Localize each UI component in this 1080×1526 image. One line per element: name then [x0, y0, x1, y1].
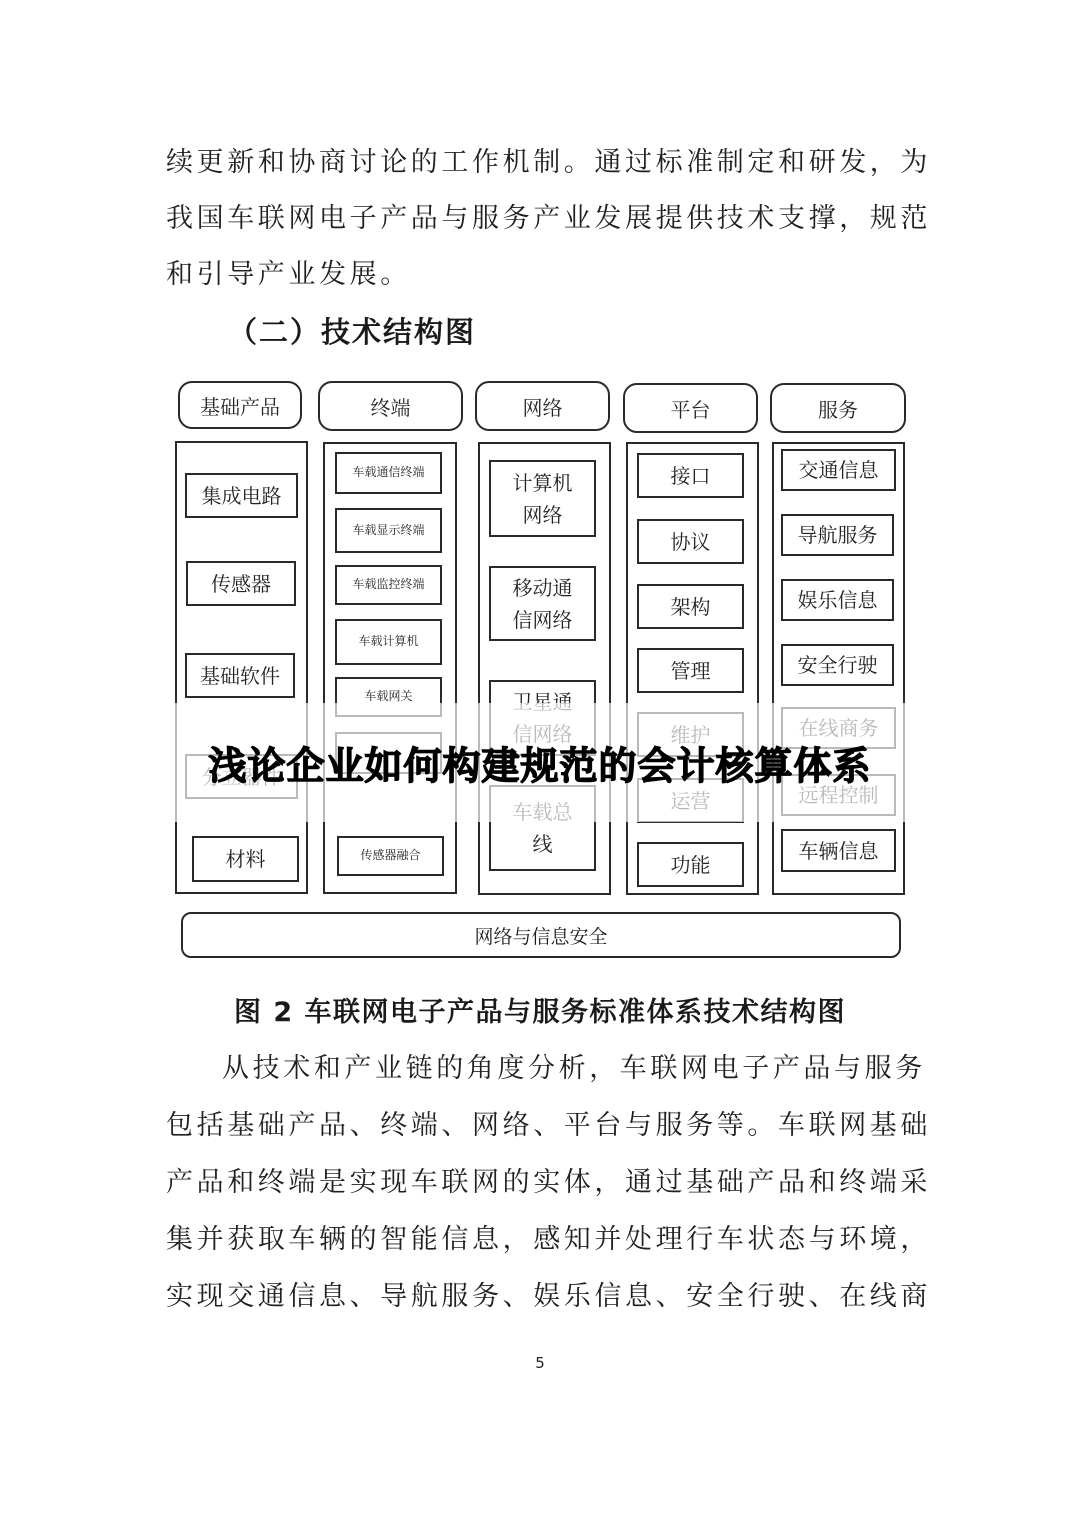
diagram-item: 协议 [637, 519, 744, 564]
diagram-item: 车载通信终端 [335, 452, 442, 494]
column-header-basic-products: 基础产品 [178, 381, 302, 429]
overlay-title: 浅论企业如何构建规范的会计核算体系 [208, 735, 871, 790]
title-overlay-band: 浅论企业如何构建规范的会计核算体系 [0, 703, 1080, 822]
page-number: 5 [0, 1354, 1080, 1372]
column-header-terminal: 终端 [318, 381, 463, 431]
diagram-item: 车载监控终端 [335, 565, 442, 605]
diagram-item: 传感器 [186, 561, 296, 606]
body-paragraph-line: 包括基础产品、终端、网络、平台与服务等。车联网基础 [166, 1103, 931, 1142]
body-paragraph-line: 实现交通信息、导航服务、娱乐信息、安全行驶、在线商 [166, 1274, 931, 1313]
diagram-item: 接口 [637, 453, 744, 498]
technical-structure-diagram: 基础产品 终端 网络 平台 服务 集成电路 传感器 基础软件 分立器件 材料 车… [0, 0, 1080, 980]
diagram-item: 车辆信息 [781, 829, 896, 872]
diagram-item: 计算机 网络 [489, 460, 596, 537]
diagram-item: 交通信息 [781, 449, 896, 491]
body-paragraph-line: 从技术和产业链的角度分析，车联网电子产品与服务 [222, 1046, 926, 1085]
column-header-service: 服务 [770, 383, 906, 433]
diagram-item: 架构 [637, 584, 744, 629]
column-header-network: 网络 [475, 381, 610, 431]
diagram-item: 基础软件 [185, 653, 295, 698]
diagram-item: 传感器融合 [337, 836, 444, 876]
diagram-item: 功能 [637, 842, 744, 887]
body-paragraph-line: 产品和终端是实现车联网的实体，通过基础产品和终端采 [166, 1160, 931, 1199]
diagram-item: 管理 [637, 648, 744, 693]
diagram-item: 材料 [192, 836, 299, 882]
diagram-item: 集成电路 [185, 473, 298, 518]
diagram-item: 安全行驶 [781, 644, 894, 686]
diagram-item: 移动通 信网络 [489, 566, 596, 641]
figure-caption: 图 2 车联网电子产品与服务标准体系技术结构图 [0, 990, 1080, 1029]
column-header-platform: 平台 [623, 383, 758, 433]
body-paragraph-line: 集并获取车辆的智能信息，感知并处理行车状态与环境， [166, 1217, 931, 1256]
diagram-item: 车载计算机 [335, 619, 442, 665]
diagram-item: 导航服务 [781, 514, 894, 556]
diagram-footer-network-security: 网络与信息安全 [181, 912, 901, 958]
diagram-item: 车载显示终端 [335, 508, 442, 553]
diagram-item: 娱乐信息 [781, 579, 894, 621]
